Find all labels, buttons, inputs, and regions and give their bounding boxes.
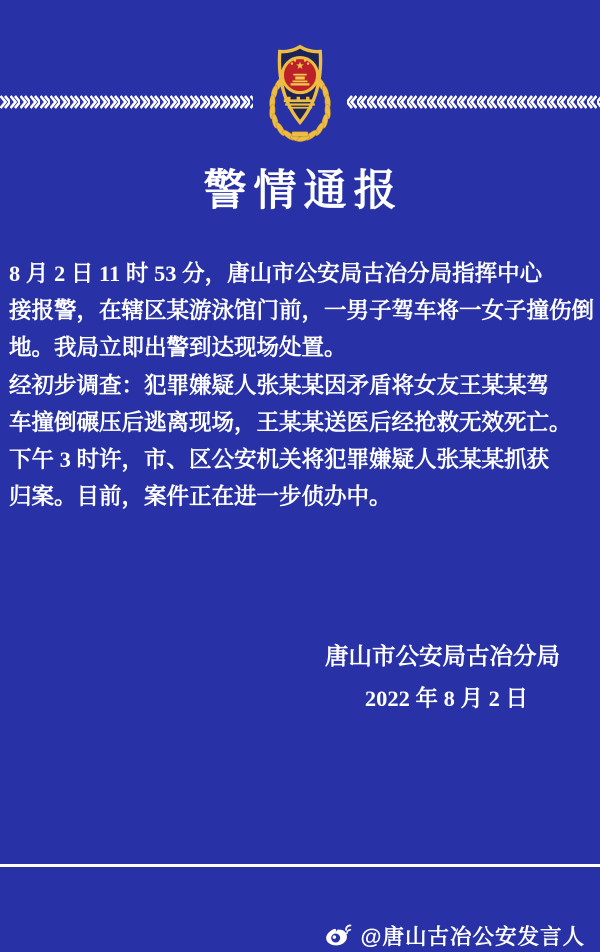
notice-body: 8 月 2 日 11 时 53 分，唐山市公安局古冶分局指挥中心 接报警，在辖区… — [9, 255, 582, 515]
body-line: 8 月 2 日 11 时 53 分，唐山市公安局古冶分局指挥中心 — [9, 261, 542, 286]
body-line: 接报警，在辖区某游泳馆门前，一男子驾车将一女子撞伤倒 — [9, 298, 594, 323]
signature-block: 唐山市公安局古冶分局 2022 年 8 月 2 日 — [0, 636, 600, 720]
signature-date: 2022 年 8 月 2 日 — [0, 678, 600, 720]
footer-divider — [0, 864, 600, 867]
body-line: 归案。目前，案件正在进一步侦办中。 — [9, 484, 392, 509]
paragraph-1: 8 月 2 日 11 时 53 分，唐山市公安局古冶分局指挥中心 接报警，在辖区… — [9, 255, 582, 367]
body-line: 下午 3 时许，市、区公安机关将犯罪嫌疑人张某某抓获 — [9, 447, 549, 472]
weibo-icon — [325, 922, 355, 948]
body-line: 地。我局立即出警到达现场处置。 — [9, 335, 347, 360]
police-badge-icon — [258, 40, 342, 148]
body-line: 车撞倒碾压后逃离现场，王某某送医后经抢救无效死亡。 — [9, 410, 572, 435]
signature-agency: 唐山市公安局古冶分局 — [0, 636, 600, 678]
body-line: 经初步调查：犯罪嫌疑人张某某因矛盾将女友王某某驾 — [9, 373, 549, 398]
chevron-band-left — [0, 95, 253, 109]
paragraph-3: 下午 3 时许，市、区公安机关将犯罪嫌疑人张某某抓获 归案。目前，案件正在进一步… — [9, 441, 582, 515]
police-notice-poster: 警情通报 8 月 2 日 11 时 53 分，唐山市公安局古冶分局指挥中心 接报… — [0, 0, 600, 952]
weibo-watermark: @唐山古冶公安发言人 — [325, 920, 585, 950]
watermark-text: @唐山古冶公安发言人 — [361, 920, 585, 951]
notice-title: 警情通报 — [0, 157, 600, 218]
paragraph-2: 经初步调查：犯罪嫌疑人张某某因矛盾将女友王某某驾 车撞倒碾压后逃离现场，王某某送… — [9, 367, 582, 441]
chevron-band-right — [347, 95, 600, 109]
